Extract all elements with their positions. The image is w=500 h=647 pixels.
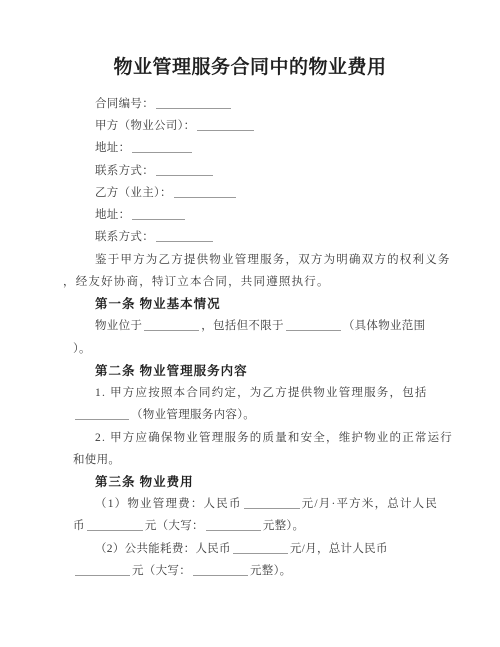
paragraph-line: （1）物业管理费：人民币元/月·平方米，总计人民 [73,493,463,515]
paragraph-line: （2）公共能耗费：人民币元/月，总计人民币 [73,538,463,560]
line-text: 1. 甲方应按照本合同约定，为乙方提供物业管理服务，包括 [95,387,428,399]
line-text: 2. 甲方应确保物业管理服务的质量和安全，维护物业的正常运行 [95,432,453,444]
blank-underline [75,563,130,576]
continuation-line: （物业管理服务内容）。 [73,404,463,426]
continuation-line: ）。 [73,338,463,360]
blank-underline [286,318,341,331]
line-text: 乙方（业主）： [95,187,172,199]
line-text: ，经友好协商，特订立本合同，共同遵照执行。 [63,276,330,288]
field-line: 乙方（业主）： [73,182,463,204]
contract-lines: 合同编号：甲方（物业公司）：地址：联系方式：乙方（业主）：地址：联系方式：鉴于甲… [73,93,463,582]
line-text: 物业位于 [95,320,142,332]
line-text: 合同编号： [95,98,154,110]
blank-underline [87,518,143,531]
line-text: 币 [73,520,85,532]
field-line: 甲方（物业公司）： [73,115,463,137]
blank-underline [132,207,185,220]
line-text: 地址： [95,142,130,154]
line-text: （2）公共能耗费：人民币 [95,543,231,555]
paragraph-line: 鉴于甲方为乙方提供物业管理服务，双方为明确双方的权利义务 [73,249,463,271]
blank-underline [132,140,192,153]
line-text: （物业管理服务内容）。 [131,409,255,421]
line-text: 第一条 物业基本情况 [95,297,221,311]
paragraph-line: 1. 甲方应按照本合同约定，为乙方提供物业管理服务，包括 [73,382,463,404]
line-text: 第三条 物业费用 [95,475,194,489]
line-text: 联系方式： [95,165,154,177]
blank-underline [244,496,300,509]
field-line: 地址： [73,204,463,226]
paragraph-line: 物业位于，包括但不限于（具体物业范围 [73,315,463,337]
field-line: 合同编号： [73,93,463,115]
line-text: 和使用。 [73,454,120,466]
blank-underline [174,185,236,198]
line-text: 元整）。 [263,520,304,532]
blank-underline [156,163,213,176]
blank-underline [197,118,254,131]
line-text: 元整）。 [250,565,291,577]
line-text: 地址： [95,209,130,221]
field-line: 联系方式： [73,226,463,248]
continuation-line: 和使用。 [73,449,463,471]
blank-underline [233,541,288,554]
field-line: 联系方式： [73,160,463,182]
blank-underline [206,518,261,531]
continuation-line: ，经友好协商，特订立本合同，共同遵照执行。 [63,271,463,293]
blank-underline [193,563,248,576]
document-body: 合同编号：甲方（物业公司）：地址：联系方式：乙方（业主）：地址：联系方式：鉴于甲… [73,93,463,582]
continuation-line: 币元（大写：元整）。 [73,515,463,537]
line-text: 甲方（物业公司）： [95,120,195,132]
blank-underline [75,407,129,420]
line-text: 元/月，总计人民币 [290,543,388,555]
paragraph-line: 2. 甲方应确保物业管理服务的质量和安全，维护物业的正常运行 [73,427,463,449]
line-text: 元（大写： [132,565,191,577]
blank-underline [156,96,231,109]
line-text: ）。 [73,343,91,355]
line-text: 元（大写： [145,520,204,532]
field-line: 地址： [73,137,463,159]
line-text: （1）物业管理费：人民币 [95,498,242,510]
line-text: 鉴于甲方为乙方提供物业管理服务，双方为明确双方的权利义务 [95,254,451,266]
section-heading: 第一条 物业基本情况 [73,293,463,315]
line-text: ，包括但不限于 [201,320,284,332]
contract-document-page: 物业管理服务合同中的物业费用 合同编号：甲方（物业公司）：地址：联系方式：乙方（… [0,0,500,647]
section-heading: 第三条 物业费用 [73,471,463,493]
line-text: （具体物业范围 [343,320,426,332]
blank-underline [156,229,213,242]
document-title: 物业管理服务合同中的物业费用 [0,54,500,82]
blank-underline [144,318,199,331]
continuation-line: 元（大写：元整）。 [73,560,463,582]
section-heading: 第二条 物业管理服务内容 [73,360,463,382]
line-text: 联系方式： [95,231,154,243]
line-text: 元/月·平方米，总计人民 [302,498,438,510]
line-text: 第二条 物业管理服务内容 [95,364,248,378]
